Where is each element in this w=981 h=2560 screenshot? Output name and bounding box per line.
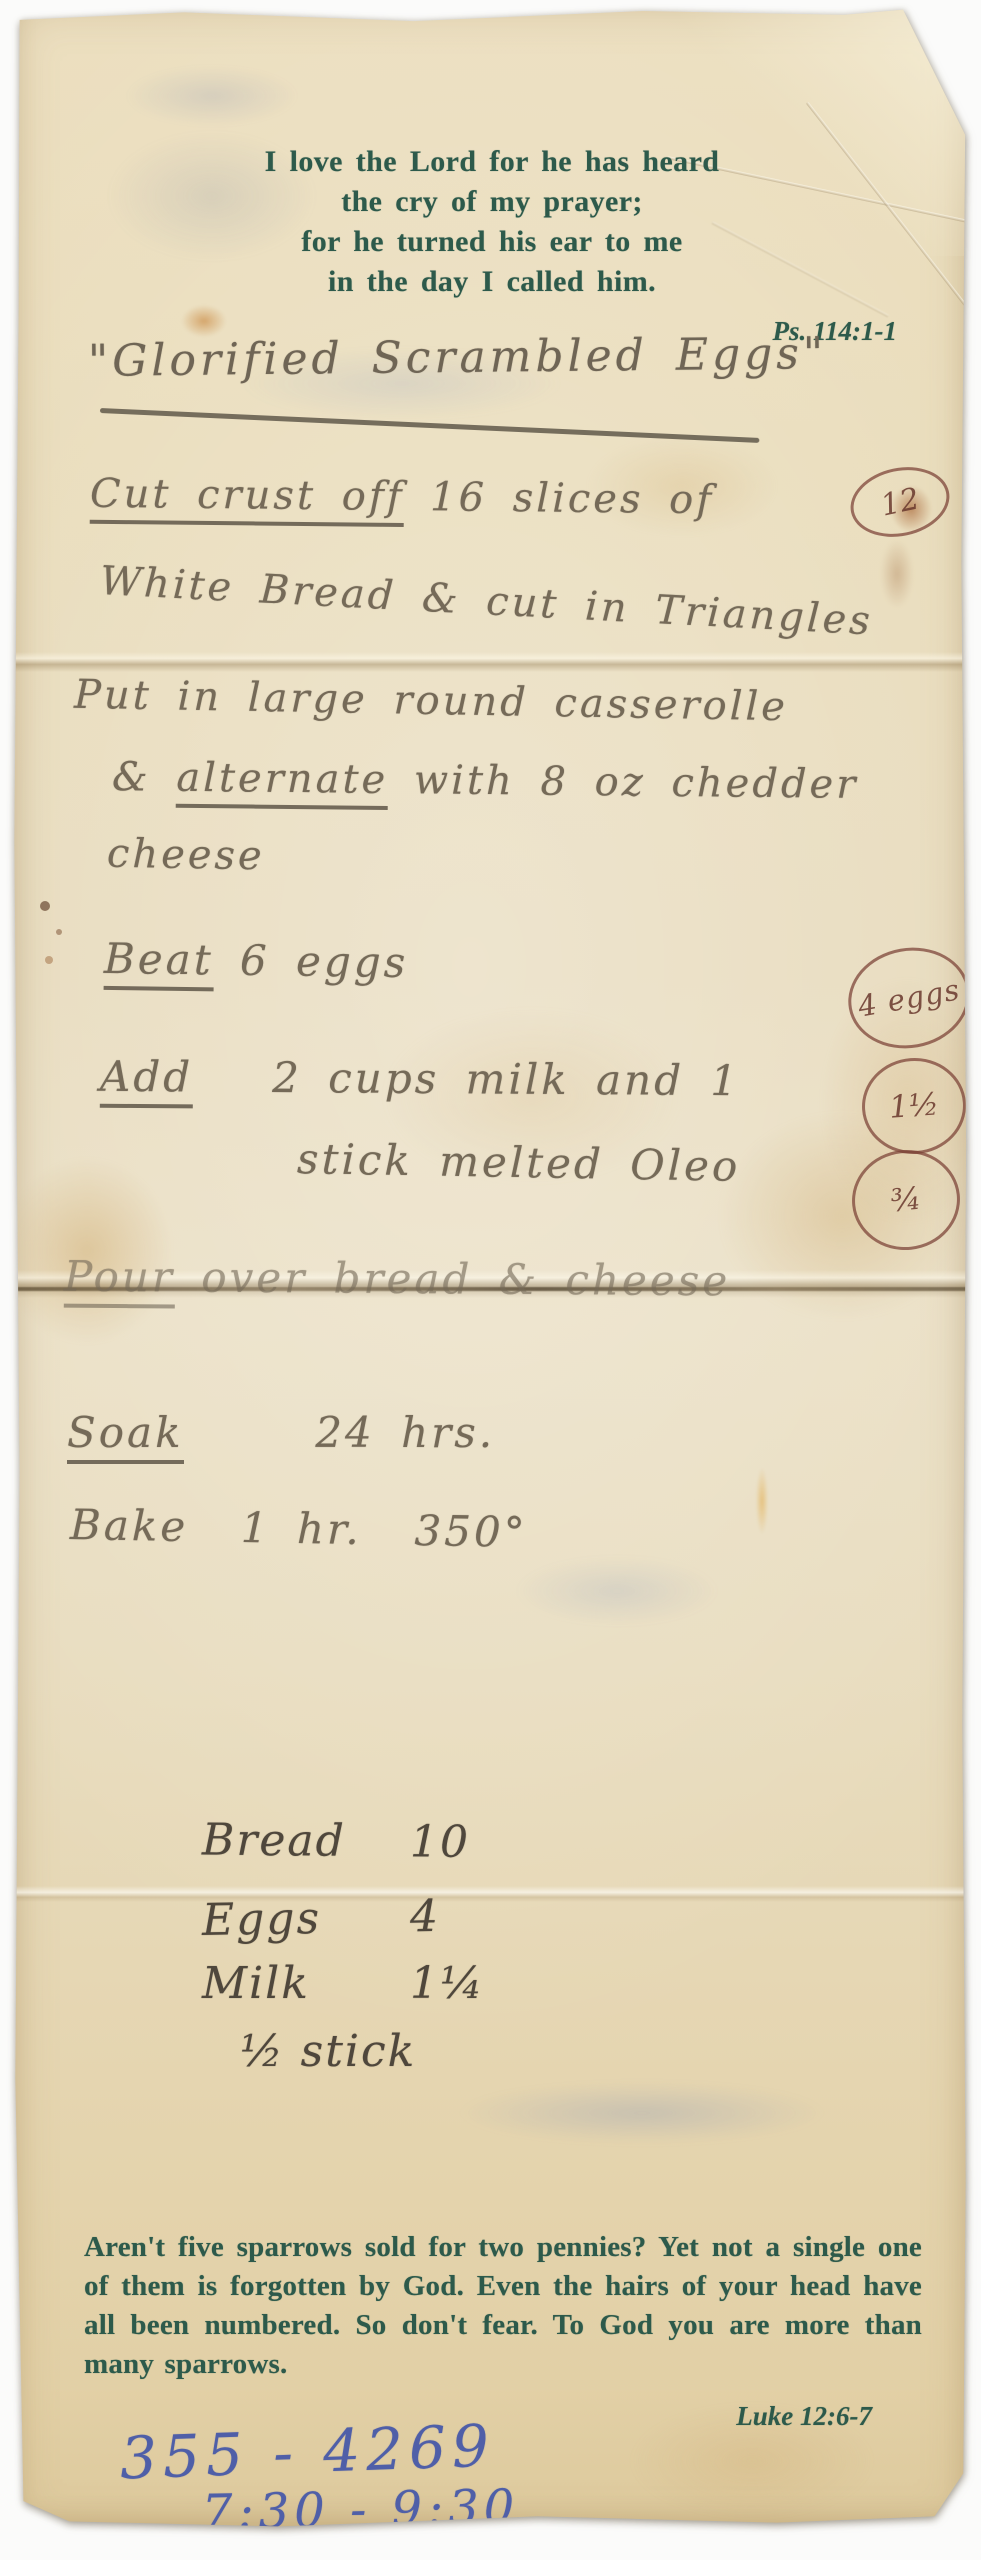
- footer-verse: Aren't five sparrows sold for two pennie…: [84, 2228, 922, 2384]
- recipe-line: & alternate with 8 oz chedder: [112, 754, 859, 808]
- recipe-line-underlined: alternate: [176, 755, 388, 810]
- recipe-line-post: 6 eggs: [213, 935, 408, 987]
- recipe-line: White Bread & cut in Triangles: [99, 558, 874, 644]
- recipe-line: Bake 1 hr. 350°: [70, 1500, 529, 1557]
- title-underline: [100, 408, 760, 443]
- handwritten-time-range: 7:30 - 9:30: [202, 2479, 520, 2541]
- recipe-line-pre: Bake 1 hr. 350°: [70, 1500, 529, 1557]
- recipe-title: "Glorified Scrambled Eggs": [88, 328, 828, 387]
- recipe-line-underlined: Add: [100, 1052, 193, 1109]
- ingredient-qty: 10: [410, 1816, 470, 1868]
- recipe-line-pre: Put in large round casserolle: [74, 672, 789, 730]
- ink-ghost: [407, 2074, 877, 2152]
- verse-line: for he turned his ear to me: [127, 222, 857, 262]
- ingredient-name: Bread: [202, 1815, 346, 1867]
- ink-ghost: [97, 56, 327, 136]
- recipe-line-underlined: Pour: [64, 1252, 175, 1309]
- recipe-line-underlined: Cut crust off: [90, 471, 405, 527]
- circled-annotation: ¾: [847, 1145, 965, 1256]
- circled-annotation: 4 eggs: [840, 938, 978, 1058]
- recipe-line: stick melted Oleo: [297, 1134, 741, 1191]
- recipe-line: Pour over bread & cheese: [64, 1252, 730, 1306]
- recipe-line-post: 16 slices of: [404, 474, 714, 523]
- recipe-line: Soak 24 hrs.: [67, 1408, 495, 1457]
- ingredient-name: Milk: [202, 1958, 310, 2009]
- scripture-reference: Luke 12:6-7: [542, 2401, 872, 2432]
- ingredient-row: ½ stick: [240, 2026, 580, 2077]
- recipe-line-post: with 8 oz chedder: [388, 757, 859, 808]
- ingredient-name: ½ stick: [240, 2026, 416, 2077]
- recipe-line: Put in large round casserolle: [74, 672, 789, 730]
- ingredient-row: Milk1¼: [202, 1958, 542, 2009]
- stain: [754, 1458, 770, 1544]
- recipe-line: Beat 6 eggs: [104, 934, 409, 987]
- paper-wrapper: I love the Lord for he has heard the cry…: [12, 6, 968, 2534]
- stain: [40, 901, 50, 911]
- ingredient-qty: 1¼: [410, 1958, 485, 2009]
- verse-line: in the day I called him.: [127, 262, 857, 302]
- circled-annotation: 1½: [859, 1054, 969, 1157]
- recipe-line-post: over bread & cheese: [175, 1252, 731, 1305]
- recipe-line-underlined: Beat: [104, 934, 214, 992]
- ingredient-row: Bread10: [202, 1815, 542, 1869]
- recipe-line-pre: stick melted Oleo: [297, 1134, 741, 1191]
- page-background: { "colors": { "print_teal": "#2d5a4b", "…: [0, 0, 981, 2560]
- recipe-line: Add 2 cups milk and 1: [100, 1052, 740, 1105]
- recipe-line-pre: cheese: [107, 831, 265, 880]
- recipe-line-pre: &: [112, 754, 177, 801]
- recipe-line-post: 24 hrs.: [184, 1408, 496, 1457]
- ingredient-name: Eggs: [202, 1893, 322, 1946]
- circled-annotation: 12: [844, 458, 956, 545]
- verse-line: I love the Lord for he has heard: [127, 142, 857, 182]
- header-verse: I love the Lord for he has heard the cry…: [127, 142, 857, 302]
- ingredient-row: Eggs4: [202, 1889, 543, 1946]
- recipe-line-underlined: Soak: [67, 1408, 184, 1464]
- recipe-line: Cut crust off 16 slices of: [90, 471, 715, 524]
- ingredient-qty: 4: [410, 1891, 441, 1943]
- recipe-line: cheese: [107, 831, 265, 880]
- recipe-paper: I love the Lord for he has heard the cry…: [12, 6, 968, 2534]
- recipe-line-pre: White Bread & cut in Triangles: [99, 558, 874, 644]
- ink-ghost: [482, 1546, 752, 1636]
- recipe-line-post: 2 cups milk and 1: [193, 1052, 740, 1105]
- fold-crease: [12, 652, 968, 672]
- verse-line: the cry of my prayer;: [127, 182, 857, 222]
- stain: [874, 526, 920, 622]
